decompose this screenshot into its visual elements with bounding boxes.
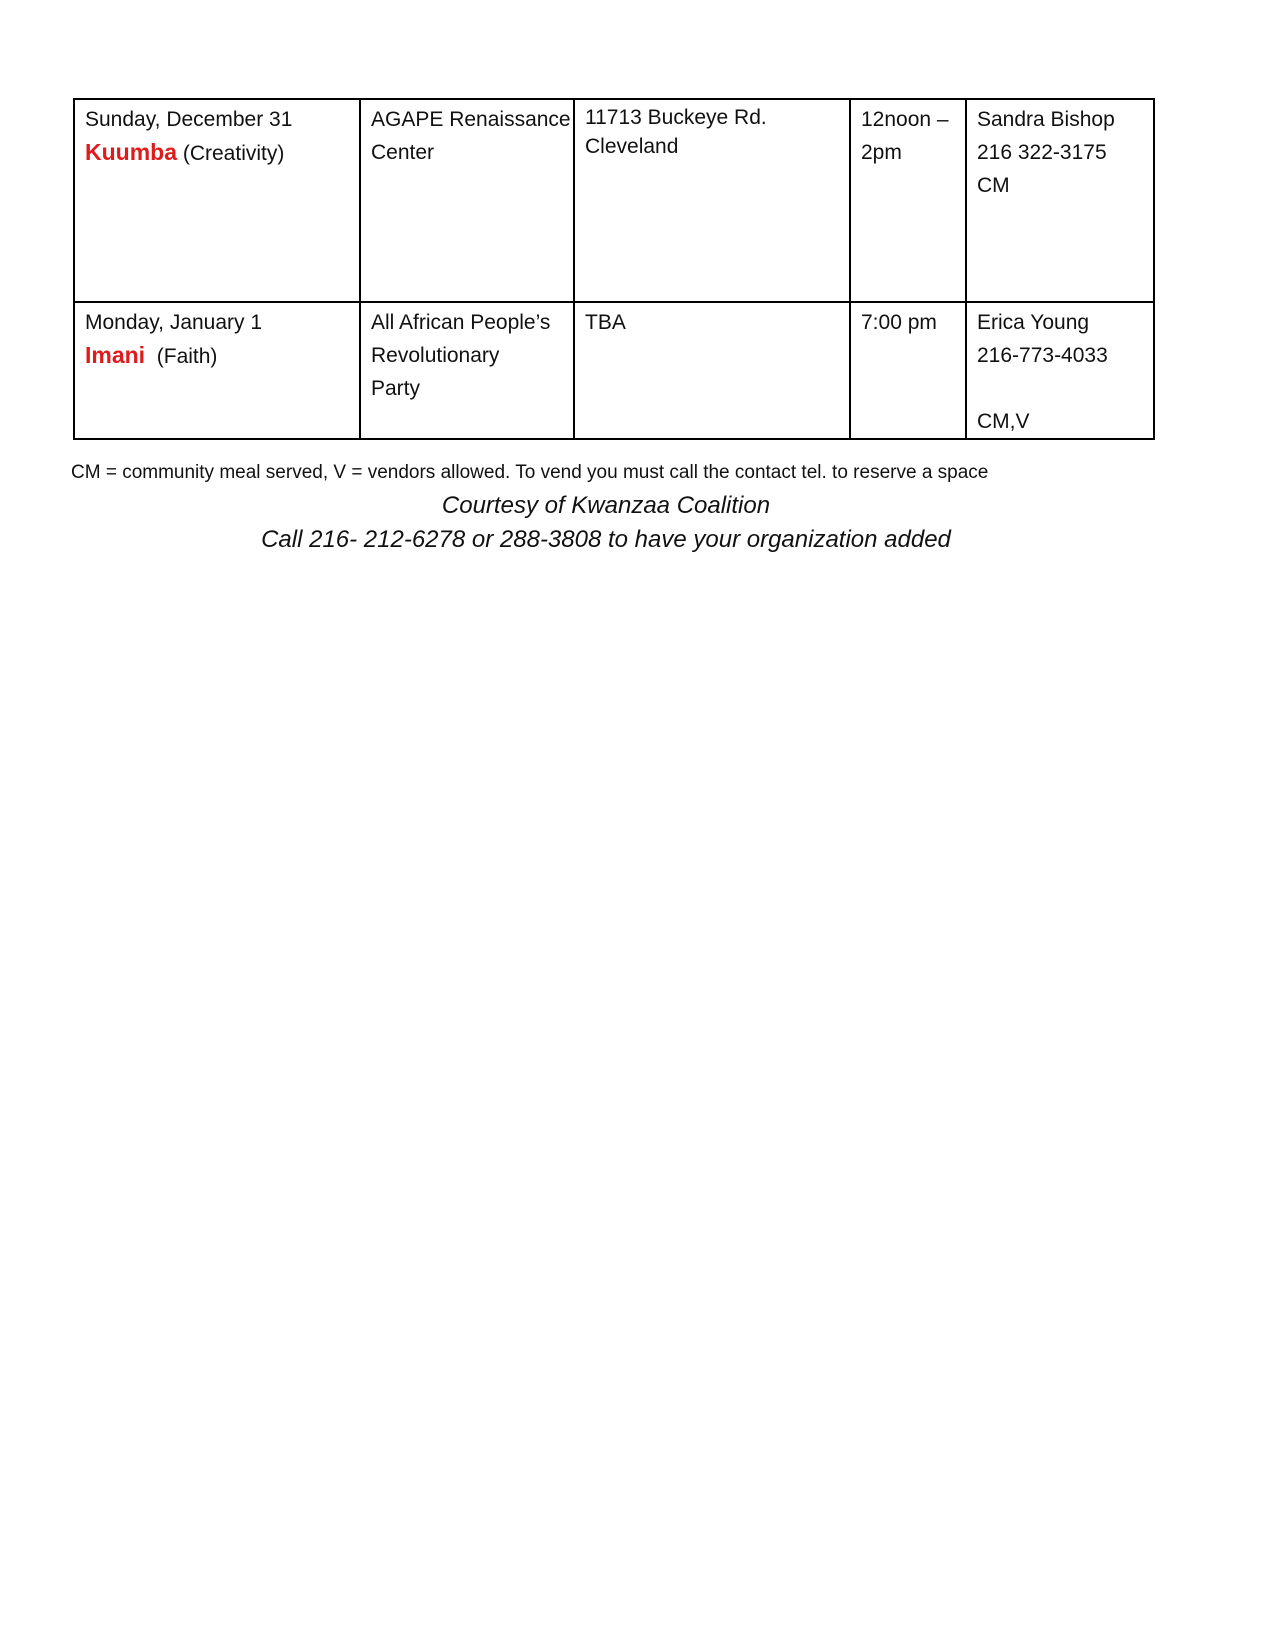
time-cell: 12noon – 2pm [850, 99, 966, 302]
venue-line: All African People’s [371, 306, 563, 339]
event-date: Sunday, December 31 [85, 103, 349, 136]
address-line: Cleveland [585, 132, 839, 161]
time-line: 2pm [861, 136, 955, 169]
call-to-action: Call 216- 212-6278 or 288-3808 to have y… [0, 526, 1212, 554]
venue-cell: All African People’s Revolutionary Party [360, 302, 574, 439]
date-cell: Sunday, December 31 Kuumba (Creativity) [74, 99, 360, 302]
venue-cell: AGAPE Renaissance Center [360, 99, 574, 302]
venue-line: AGAPE Renaissance [371, 103, 563, 136]
courtesy-line: Courtesy of Kwanzaa Coalition [0, 492, 1212, 520]
contact-phone: 216-773-4033 [977, 339, 1143, 372]
amenities: CM [977, 169, 1143, 202]
time-cell: 7:00 pm [850, 302, 966, 439]
address-line: 11713 Buckeye Rd. [585, 103, 839, 132]
principle-name: Imani [85, 342, 145, 368]
principle-name: Kuumba [85, 139, 177, 165]
address-line: TBA [585, 306, 839, 339]
venue-line: Center [371, 136, 563, 169]
contact-name: Erica Young [977, 306, 1143, 339]
address-cell: TBA [574, 302, 850, 439]
date-cell: Monday, January 1 Imani (Faith) [74, 302, 360, 439]
legend-note: CM = community meal served, V = vendors … [71, 462, 988, 484]
kwanzaa-events-table: Sunday, December 31 Kuumba (Creativity) … [73, 98, 1155, 440]
venue-line: Party [371, 372, 563, 405]
amenities: CM,V [977, 405, 1143, 438]
principle-meaning: (Faith) [157, 345, 218, 368]
address-cell: 11713 Buckeye Rd. Cleveland [574, 99, 850, 302]
venue-line: Revolutionary [371, 339, 563, 372]
contact-name: Sandra Bishop [977, 103, 1143, 136]
contact-phone: 216 322-3175 [977, 136, 1143, 169]
table-row: Monday, January 1 Imani (Faith) All Afri… [74, 302, 1154, 439]
time-line: 12noon – [861, 103, 955, 136]
contact-cell: Sandra Bishop 216 322-3175 CM [966, 99, 1154, 302]
principle-meaning: (Creativity) [183, 142, 285, 165]
document-page: Sunday, December 31 Kuumba (Creativity) … [0, 0, 1275, 1650]
time-line: 7:00 pm [861, 306, 955, 339]
contact-cell: Erica Young 216-773-4033 CM,V [966, 302, 1154, 439]
table-row: Sunday, December 31 Kuumba (Creativity) … [74, 99, 1154, 302]
event-date: Monday, January 1 [85, 306, 349, 339]
